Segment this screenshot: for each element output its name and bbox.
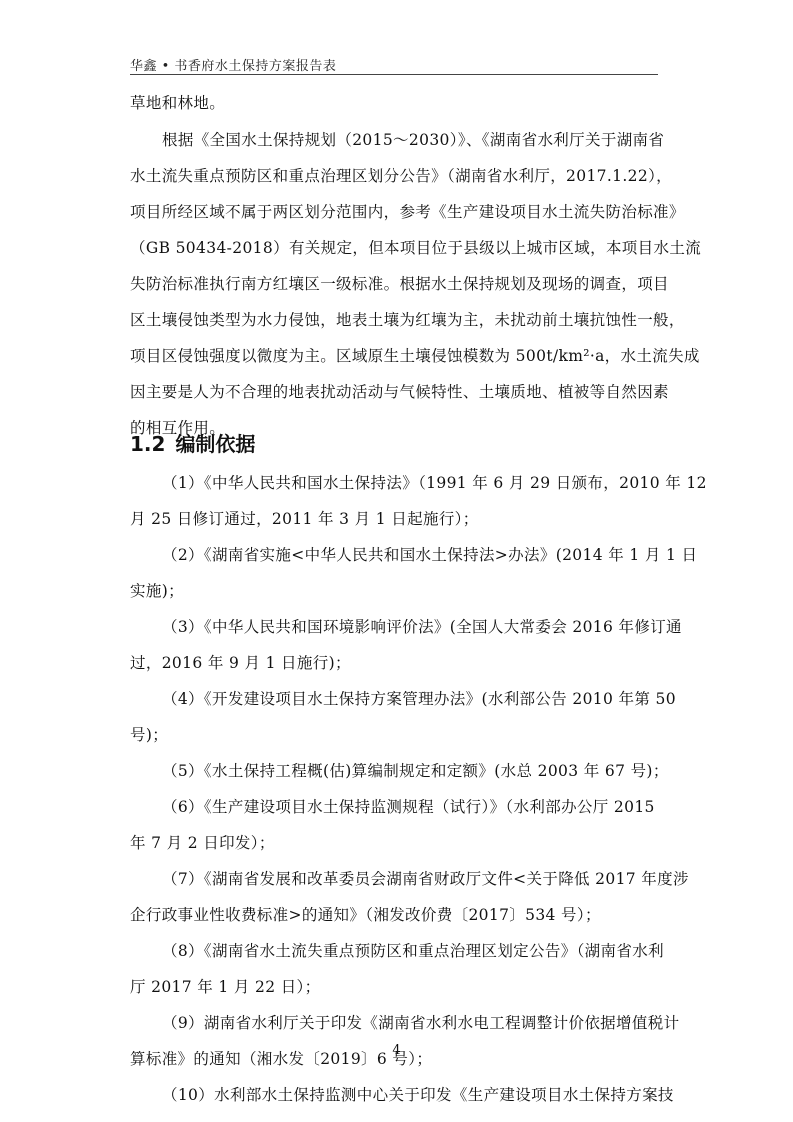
document-title-header: 华鑫 • 书香府水土保持方案报告表 bbox=[130, 55, 336, 74]
list-item: （8）《湖南省水土流失重点预防区和重点治理区划定公告》（湖南省水利 bbox=[162, 942, 660, 960]
list-item: （10）水利部水土保持监测中心关于印发《生产建设项目水土保持方案技 bbox=[162, 1086, 660, 1104]
list-item: （4）《开发建设项目水土保持方案管理办法》(水利部公告 2010 年第 50 bbox=[162, 690, 660, 708]
list-item: （9）湖南省水利厅关于印发《湖南省水利水电工程调整计价依据增值税计 bbox=[162, 1014, 660, 1032]
list-item-continuation: 企行政事业性收费标准>的通知》（湘发改价费〔2017〕534 号）； bbox=[130, 906, 660, 924]
section-title: 编制依据 bbox=[175, 432, 255, 456]
list-item: （1）《中华人民共和国水土保持法》（1991 年 6 月 29 日颁布，2010… bbox=[162, 474, 660, 492]
list-item-continuation: 厅 2017 年 1 月 22 日）； bbox=[130, 978, 660, 996]
text-line: 水土流失重点预防区和重点治理区划分公告》（湖南省水利厅，2017.1.22）， bbox=[130, 167, 660, 185]
list-item: （3）《中华人民共和国环境影响评价法》(全国人大常委会 2016 年修订通 bbox=[162, 618, 660, 636]
list-item: （6）《生产建设项目水土保持监测规程（试行）》（水利部办公厅 2015 bbox=[162, 798, 660, 816]
text-line: 草地和林地。 bbox=[130, 94, 660, 112]
text-line: 因主要是人为不合理的地表扰动活动与气候特性、土壤质地、植被等自然因素 bbox=[130, 383, 660, 401]
list-item-continuation: 月 25 日修订通过，2011 年 3 月 1 日起施行）； bbox=[130, 510, 660, 528]
text-line: 项目所经区域不属于两区划分范围内，参考《生产建设项目水土流失防治标准》 bbox=[130, 203, 660, 221]
text-line: 项目区侵蚀强度以微度为主。区域原生土壤侵蚀模数为 500t/km²·a，水土流失… bbox=[130, 347, 660, 365]
page-number: 4 bbox=[0, 1043, 793, 1058]
section-number: 1.2 bbox=[130, 432, 165, 456]
list-item: （5）《水土保持工程概(估)算编制规定和定额》(水总 2003 年 67 号)； bbox=[162, 762, 660, 780]
list-item-continuation: 过，2016 年 9 月 1 日施行)； bbox=[130, 654, 660, 672]
text-line: 区土壤侵蚀类型为水力侵蚀，地表土壤为红壤为主，未扰动前土壤抗蚀性一般， bbox=[130, 311, 660, 329]
section-heading: 1.2编制依据 bbox=[130, 428, 255, 457]
text-line: （GB 50434-2018）有关规定，但本项目位于县级以上城市区域，本项目水土… bbox=[130, 239, 660, 257]
list-item: （7）《湖南省发展和改革委员会湖南省财政厅文件<关于降低 2017 年度涉 bbox=[162, 870, 660, 888]
header-divider bbox=[130, 74, 658, 75]
list-item-continuation: 实施)； bbox=[130, 582, 660, 600]
list-item: （2）《湖南省实施<中华人民共和国水土保持法>办法》(2014 年 1 月 1 … bbox=[162, 546, 660, 564]
text-line: 失防治标准执行南方红壤区一级标准。根据水土保持规划及现场的调查，项目 bbox=[130, 275, 660, 293]
list-item-continuation: 号)； bbox=[130, 726, 660, 744]
list-item-continuation: 年 7 月 2 日印发）； bbox=[130, 834, 660, 852]
text-line: 根据《全国水土保持规划（2015～2030）》、《湖南省水利厅关于湖南省 bbox=[162, 131, 660, 149]
